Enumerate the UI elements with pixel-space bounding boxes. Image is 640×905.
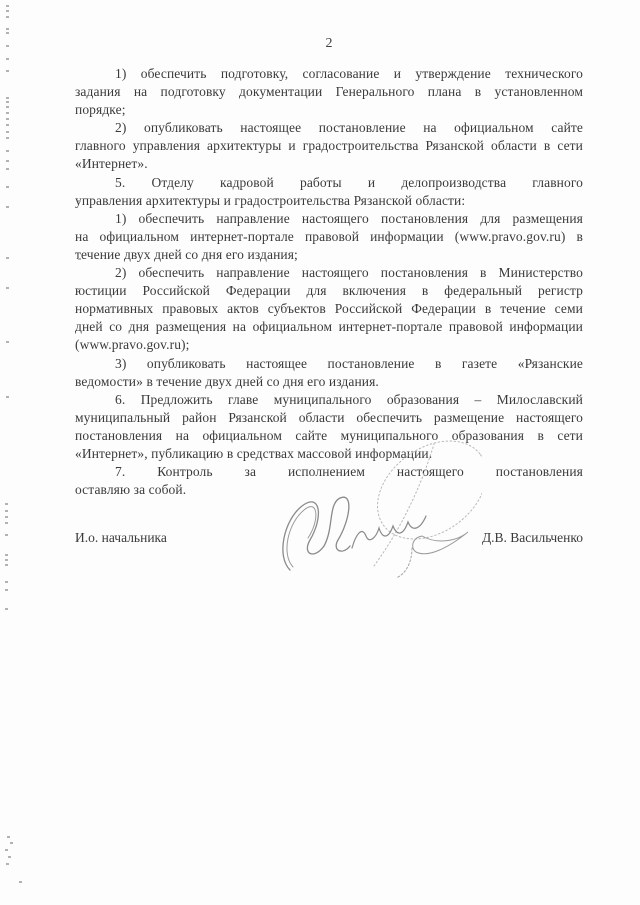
- scan-speck: [6, 70, 9, 72]
- text-line: юстиции Российской Федерации для включен…: [75, 282, 583, 300]
- scan-speck: [78, 200, 81, 202]
- text-column: 2 1) обеспечить подготовку, согласование…: [75, 36, 583, 546]
- scan-speck: [6, 5, 9, 7]
- page-number: 2: [75, 36, 583, 52]
- scan-speck: [6, 118, 9, 120]
- signature-block: И.о. начальника Д.В. Васильченко: [75, 530, 583, 546]
- scan-speck: [5, 589, 8, 591]
- scan-speck: [5, 522, 8, 524]
- scan-speck: [6, 863, 9, 865]
- scan-speck: [6, 124, 9, 126]
- scan-speck: [78, 258, 81, 260]
- scan-speck: [6, 10, 9, 12]
- text-line: муниципальный район Рязанской области об…: [75, 409, 583, 427]
- scan-speck: [5, 503, 8, 505]
- text-line: постановления на официальном сайте муниц…: [75, 427, 583, 445]
- text-line: 6. Предложить главе муниципального образ…: [75, 391, 583, 409]
- scan-speck: [6, 16, 9, 18]
- scan-speck: [5, 608, 8, 610]
- text-line: на официальном интернет-портале правовой…: [75, 228, 583, 246]
- text-line: управления архитектуры и градостроительс…: [75, 192, 583, 210]
- text-line: ведомости» в течение двух дней со дня ег…: [75, 373, 583, 391]
- scan-speck: [6, 160, 9, 162]
- text-line: главного управления архитектуры и градос…: [75, 137, 583, 155]
- scan-speck: [5, 564, 8, 566]
- text-line: «Интернет».: [75, 155, 583, 173]
- text-line: нормативных правовых актов субъектов Рос…: [75, 300, 583, 318]
- body-text: 1) обеспечить подготовку, согласование и…: [75, 65, 583, 499]
- scan-speck: [6, 150, 9, 152]
- scan-speck: [6, 186, 9, 188]
- scan-speck: [19, 881, 22, 883]
- scan-speck: [6, 112, 9, 114]
- scan-speck: [5, 554, 8, 556]
- scan-speck: [5, 849, 8, 851]
- scan-speck: [6, 106, 9, 108]
- text-line: 1) обеспечить направление настоящего пос…: [75, 210, 583, 228]
- text-line: 5. Отделу кадровой работы и делопроизвод…: [75, 174, 583, 192]
- text-line: оставляю за собой.: [75, 481, 583, 499]
- scan-speck: [6, 45, 9, 47]
- scan-speck: [6, 206, 9, 208]
- scan-speck: [5, 534, 8, 536]
- signature-hook: [396, 548, 412, 578]
- scan-speck: [7, 836, 10, 838]
- scan-speck: [5, 516, 8, 518]
- scan-speck: [5, 510, 8, 512]
- scan-speck: [6, 341, 9, 343]
- scan-speck: [6, 58, 9, 60]
- text-line: 2) обеспечить направление настоящего пос…: [75, 264, 583, 282]
- text-line: 7. Контроль за исполнением настоящего по…: [75, 463, 583, 481]
- scan-speck: [6, 396, 9, 398]
- scan-speck: [5, 559, 8, 561]
- signer-role: И.о. начальника: [75, 530, 167, 546]
- scan-speck: [6, 32, 9, 34]
- scan-speck: [6, 97, 9, 99]
- scan-speck: [10, 842, 13, 844]
- document-page: 2 1) обеспечить подготовку, согласование…: [0, 0, 640, 905]
- text-line: «Интернет», публикацию в средствах массо…: [75, 445, 583, 463]
- scan-speck: [6, 257, 9, 259]
- signer-name: Д.В. Васильченко: [482, 530, 583, 546]
- text-line: 1) обеспечить подготовку, согласование и…: [75, 65, 583, 83]
- text-line: (www.pravo.gov.ru);: [75, 336, 583, 354]
- text-line: дней со дня размещения на официальном ин…: [75, 318, 583, 336]
- scan-speck: [5, 581, 8, 583]
- scan-speck: [78, 288, 81, 290]
- text-line: течение двух дней со дня его издания;: [75, 246, 583, 264]
- scan-speck: [6, 28, 9, 30]
- text-line: 3) опубликовать настоящее постановление …: [75, 355, 583, 373]
- scan-speck: [6, 287, 9, 289]
- text-line: 2) опубликовать настоящее постановление …: [75, 119, 583, 137]
- scan-speck: [6, 168, 9, 170]
- text-line: порядке;: [75, 101, 583, 119]
- scan-speck: [6, 131, 9, 133]
- text-line: задания на подготовку документации Генер…: [75, 83, 583, 101]
- scan-speck: [6, 137, 9, 139]
- scan-speck: [6, 101, 9, 103]
- scan-speck: [8, 856, 11, 858]
